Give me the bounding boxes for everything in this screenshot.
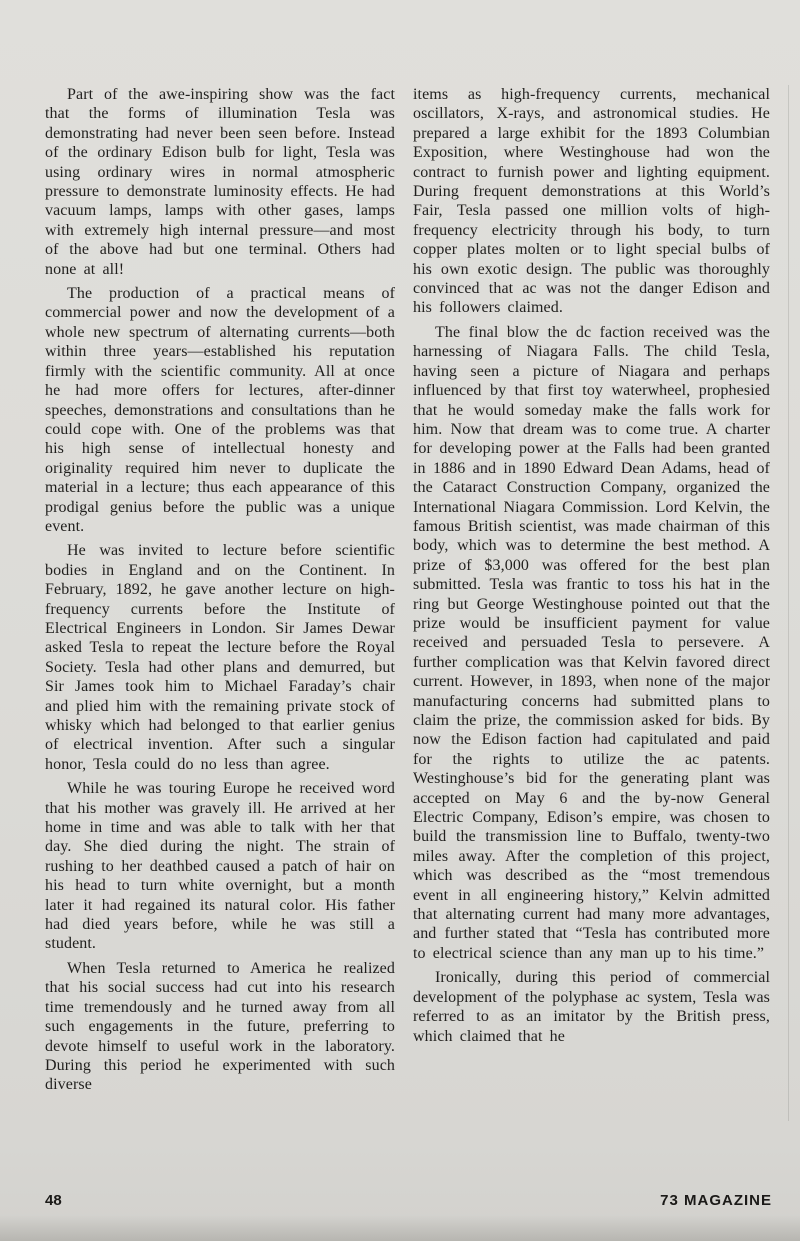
page-number: 48 (45, 1192, 62, 1209)
paragraph: Part of the awe-inspiring show was the f… (45, 85, 395, 279)
paragraph: Ironically, during this period of commer… (413, 968, 770, 1046)
scan-edge-artifact (788, 85, 789, 1121)
magazine-title: 73 MAGAZINE (660, 1192, 772, 1209)
paragraph: He was invited to lecture before scienti… (45, 541, 395, 774)
paragraph: While he was touring Europe he received … (45, 779, 395, 954)
paragraph: The production of a practical means of c… (45, 284, 395, 536)
left-column: Part of the awe-inspiring show was the f… (45, 85, 395, 1100)
article-body: Part of the awe-inspiring show was the f… (45, 85, 772, 1100)
paragraph-continuation: items as high-frequency currents, mechan… (413, 85, 770, 318)
right-column: items as high-frequency currents, mechan… (413, 85, 770, 1100)
paragraph: When Tesla returned to America he realiz… (45, 959, 395, 1095)
magazine-page-scan: { "article": { "left_column": [ { "text"… (0, 0, 800, 1241)
two-column-layout: Part of the awe-inspiring show was the f… (45, 85, 772, 1100)
page-footer: 48 73 MAGAZINE (45, 1192, 772, 1209)
scan-bottom-shadow (0, 1215, 800, 1241)
paragraph: The final blow the dc faction received w… (413, 323, 770, 963)
